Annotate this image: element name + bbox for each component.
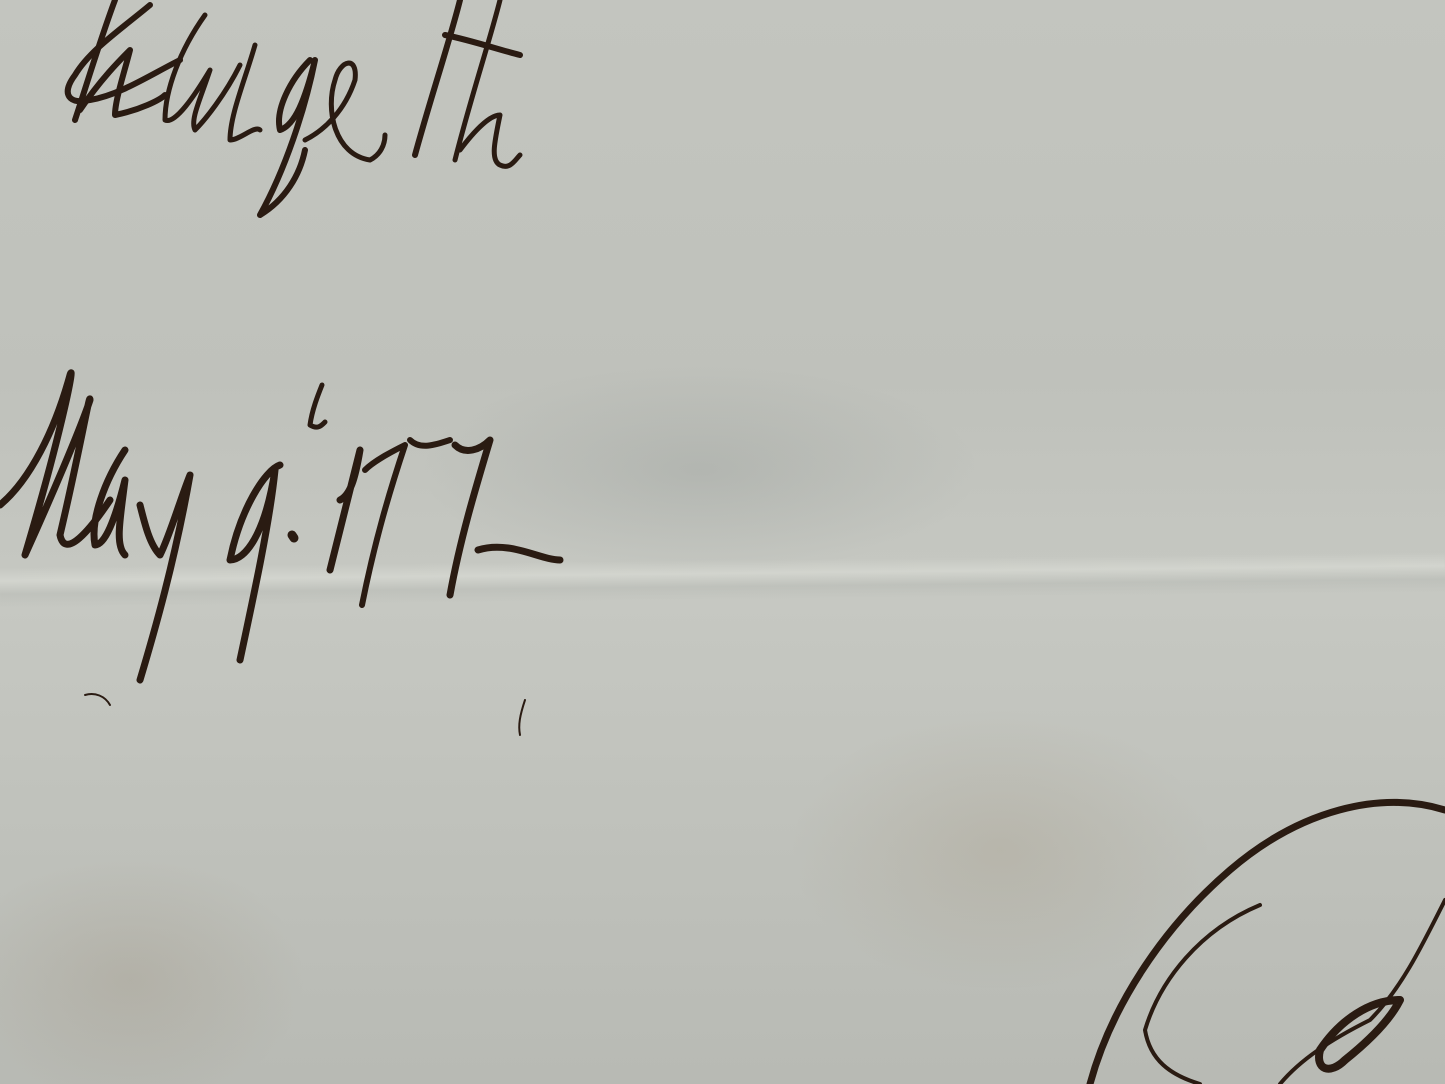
transcription-line-2: May 9th 1777 <box>70 360 1339 569</box>
transcription-flourish: C <box>1050 820 1203 1053</box>
transcription-line-1: Charge the <box>60 20 911 194</box>
